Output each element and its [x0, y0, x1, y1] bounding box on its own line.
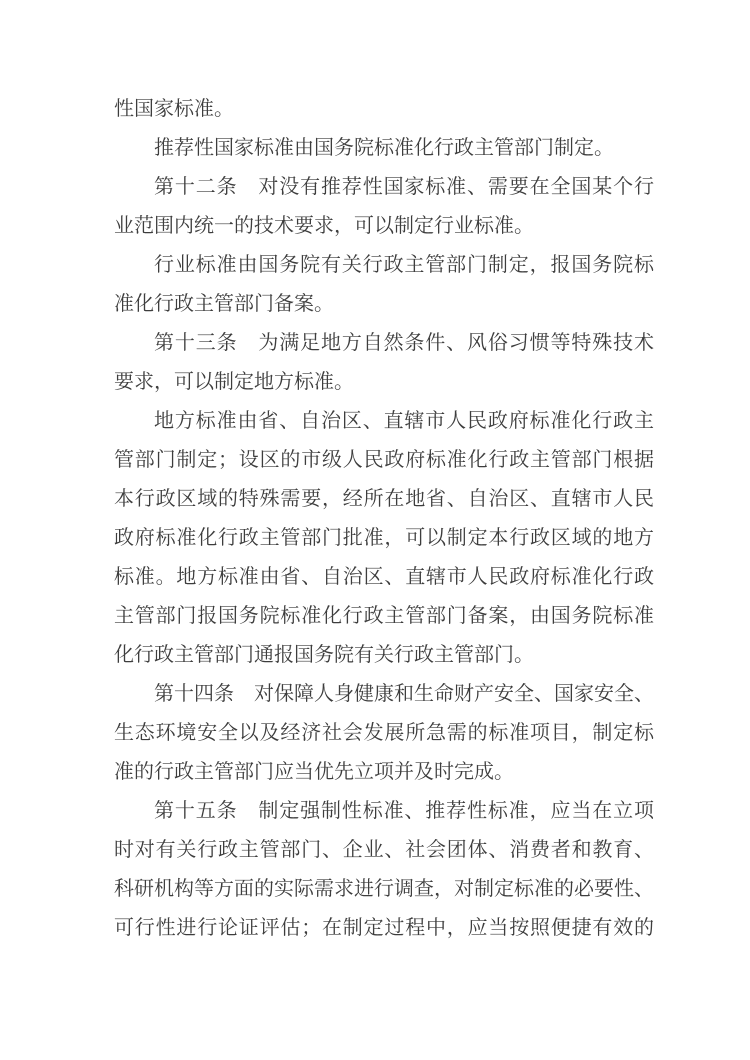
- text-line: 本行政区域的特殊需要，经所在地省、自治区、直辖市人民: [114, 480, 654, 519]
- document-page: 性国家标准。 推荐性国家标准由国务院标准化行政主管部门制定。 第十二条 对没有推…: [0, 0, 750, 1060]
- text-line: 可行性进行论证评估；在制定过程中，应当按照便捷有效的: [114, 909, 654, 948]
- text-line: 要求，可以制定地方标准。: [114, 363, 654, 402]
- text-line: 准化行政主管部门备案。: [114, 285, 654, 324]
- text-line: 性国家标准。: [114, 90, 654, 129]
- text-line: 行业标准由国务院有关行政主管部门制定，报国务院标: [114, 246, 654, 285]
- text-line: 第十三条 为满足地方自然条件、风俗习惯等特殊技术: [114, 324, 654, 363]
- text-line: 准的行政主管部门应当优先立项并及时完成。: [114, 753, 654, 792]
- text-line: 第十五条 制定强制性标准、推荐性标准，应当在立项: [114, 792, 654, 831]
- text-line: 主管部门报国务院标准化行政主管部门备案，由国务院标准: [114, 597, 654, 636]
- text-line: 第十四条 对保障人身健康和生命财产安全、国家安全、: [114, 675, 654, 714]
- text-line: 管部门制定；设区的市级人民政府标准化行政主管部门根据: [114, 441, 654, 480]
- text-line: 时对有关行政主管部门、企业、社会团体、消费者和教育、: [114, 831, 654, 870]
- text-line: 地方标准由省、自治区、直辖市人民政府标准化行政主: [114, 402, 654, 441]
- text-line: 业范围内统一的技术要求，可以制定行业标准。: [114, 207, 654, 246]
- text-line: 政府标准化行政主管部门批准，可以制定本行政区域的地方: [114, 519, 654, 558]
- text-line: 生态环境安全以及经济社会发展所急需的标准项目，制定标: [114, 714, 654, 753]
- text-line: 标准。地方标准由省、自治区、直辖市人民政府标准化行政: [114, 558, 654, 597]
- text-line: 第十二条 对没有推荐性国家标准、需要在全国某个行: [114, 168, 654, 207]
- document-text-block: 性国家标准。 推荐性国家标准由国务院标准化行政主管部门制定。 第十二条 对没有推…: [114, 90, 654, 948]
- text-line: 推荐性国家标准由国务院标准化行政主管部门制定。: [114, 129, 654, 168]
- text-line: 科研机构等方面的实际需求进行调查，对制定标准的必要性、: [114, 870, 654, 909]
- text-line: 化行政主管部门通报国务院有关行政主管部门。: [114, 636, 654, 675]
